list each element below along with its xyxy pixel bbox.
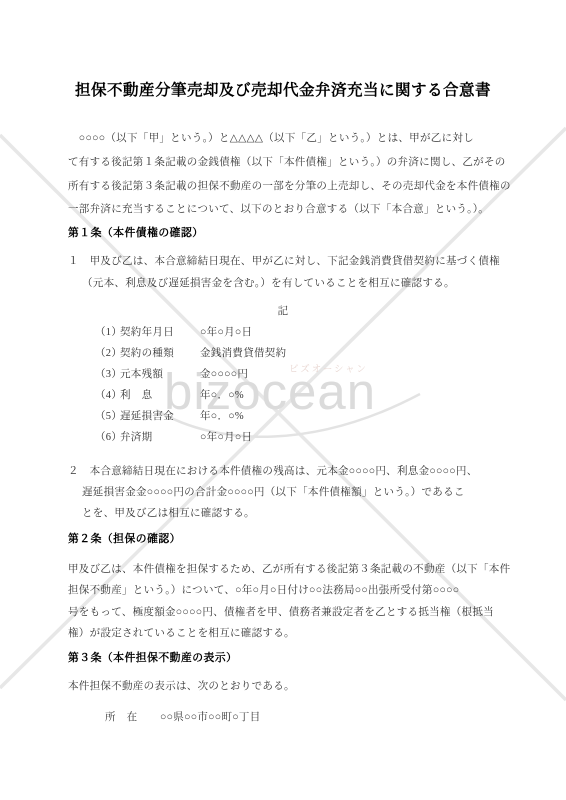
property-location-label: 所 在 [105,709,160,724]
list-row: （5）遅延損害金年○．○% [95,406,286,427]
list-no: （2） [95,343,120,364]
list-label: 契約年月日 [120,322,200,343]
intro-paragraph: ○○○○（以下「甲」という。）と△△△△（以下「乙」という。）とは、甲が乙に対し… [68,127,511,222]
list-label: 契約の種類 [120,343,200,364]
text-line: ２ 本合意締結日現在における本件債権の残高は、元本金○○○○円、利息金○○○○円… [68,461,478,482]
text-line: て有する後記第１条記載の金銭債権（以下「本件債権」という。）の弁済に関し、乙がそ… [68,151,511,175]
list-row: （3）元本残額金○○○○円 [95,364,286,385]
text-line: 権）が設定されていることを相互に確認する。 [68,623,510,644]
clause1-heading: 第１条（本件債権の確認） [68,225,204,240]
list-value: 年○．○% [200,390,244,401]
list-label: 弁済期 [120,427,200,448]
text-line: 甲及び乙は、本件債権を担保するため、乙が所有する後記第３条記載の不動産（以下「本… [68,559,510,580]
bizocean-katakana-watermark: ビズオーシャン [289,365,368,375]
list-label: 利 息 [120,385,200,406]
text-line: ○○○○（以下「甲」という。）と△△△△（以下「乙」という。）とは、甲が乙に対し [68,127,511,151]
ki-label: 記 [0,303,566,318]
clause3-heading: 第３条（本件担保不動産の表示） [68,650,237,665]
text-line: 所有する後記第３条記載の担保不動産の一部を分筆の上売却し、その売却代金を本件債権… [68,175,511,199]
list-no: （5） [95,406,120,427]
list-label: 元本残額 [120,364,200,385]
document-page: bizocean ビズオーシャン 担保不動産分筆売却及び売却代金弁済充当に関する… [0,0,566,800]
list-no: （4） [95,385,120,406]
list-no: （1） [95,322,120,343]
text-line: （元本、利息及び遅延損害金を含む。）を有していることを相互に確認する。 [68,273,500,295]
clause2-heading: 第２条（担保の確認） [68,531,181,546]
clause1-item2: ２ 本合意締結日現在における本件債権の残高は、元本金○○○○円、利息金○○○○円… [68,461,478,524]
list-row: （2）契約の種類金銭消費貸借契約 [95,343,286,364]
text-line: 担保不動産」という。）について、○年○月○日付け○○法務局○○出張所受付第○○○… [68,580,510,601]
loan-details-list: （1）契約年月日○年○月○日 （2）契約の種類金銭消費貸借契約 （3）元本残額金… [68,322,286,448]
list-no: （6） [95,427,120,448]
list-row: （4）利 息年○．○% [95,385,286,406]
list-row: （6）弁済期○年○月○日 [95,427,286,448]
list-row: （1）契約年月日○年○月○日 [95,322,286,343]
clause1-item1: １ 甲及び乙は、本合意締結日現在、甲が乙に対し、下記金銭消費貸借契約に基づく債権… [68,251,500,294]
list-value: 金銭消費貸借契約 [200,348,286,359]
property-location-line: 所 在○○県○○市○○町○丁目 [68,709,261,724]
text-line: とを、甲及び乙は相互に確認する。 [68,503,478,524]
clause3-paragraph: 本件担保不動産の表示は、次のとおりである。 [68,678,295,693]
text-line: 遅延損害金金○○○○円の合計金○○○○円（以下「本件債権額」という。）であるこ [68,482,478,503]
text-line: １ 甲及び乙は、本合意締結日現在、甲が乙に対し、下記金銭消費貸借契約に基づく債権 [68,251,500,273]
list-value: 金○○○○円 [200,369,248,380]
list-value: ○年○月○日 [200,432,252,443]
list-no: （3） [95,364,120,385]
text-line: 一部弁済に充当することについて、以下のとおり合意する（以下「本合意」という。）。 [68,198,511,222]
property-location-value: ○○県○○市○○町○丁目 [160,712,261,723]
list-value: ○年○月○日 [200,327,252,338]
clause2-paragraph: 甲及び乙は、本件債権を担保するため、乙が所有する後記第３条記載の不動産（以下「本… [68,559,510,644]
list-value: 年○．○% [200,411,244,422]
document-title: 担保不動産分筆売却及び売却代金弁済充当に関する合意書 [0,78,566,100]
text-line: 号をもって、極度額金○○○○円、債権者を甲、債務者兼設定者を乙とする抵当権（根抵… [68,602,510,623]
list-label: 遅延損害金 [120,406,200,427]
